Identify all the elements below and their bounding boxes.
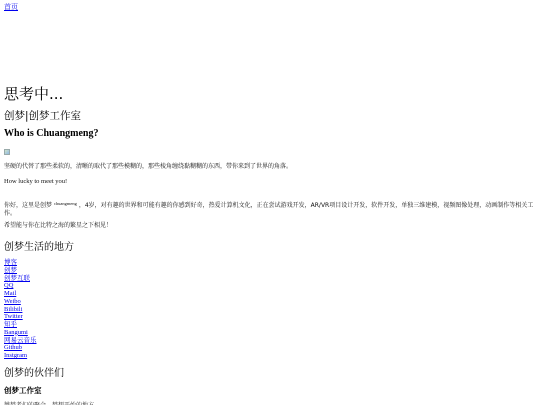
about-paragraph-1: 坚硬的代替了那些柔软的，清晰的取代了那些模糊的，那些棱角缠绕黏糊糊的东西，带你来… bbox=[4, 163, 534, 171]
link-twitter[interactable]: Twitter bbox=[4, 313, 23, 320]
intro-detail-text: ，4岁，对有趣的世界和可能有趣的你感到好奇，热爱计算机文化，正在尝试游戏开发，A… bbox=[4, 202, 533, 217]
link-qq[interactable]: QQ bbox=[4, 282, 13, 289]
link-bilibili[interactable]: Bilibili bbox=[4, 306, 22, 313]
life-links-list: 博客 创梦 创梦互联 QQ Mail Weibo Bilibili Twitte… bbox=[4, 259, 37, 360]
link-blog[interactable]: 博客 bbox=[4, 259, 17, 266]
link-netease-music[interactable]: 网易云音乐 bbox=[4, 337, 37, 344]
link-bangumi[interactable]: Bangumi bbox=[4, 329, 28, 336]
broken-image-icon bbox=[4, 149, 10, 155]
link-chuangmeng-connect[interactable]: 创梦互联 bbox=[4, 275, 30, 282]
home-link[interactable]: 首页 bbox=[4, 2, 18, 12]
about-paragraph-3: 你好，这里是创梦 chuangmeng ，4岁，对有趣的世界和可能有趣的你感到好… bbox=[4, 200, 534, 218]
partners-section-heading: 创梦的伙伴们 bbox=[4, 364, 64, 379]
loading-text: 思考中... bbox=[4, 83, 63, 104]
link-mail[interactable]: Mail bbox=[4, 290, 16, 297]
partner-description: 赞梦者们的聚会，梦想开始的地方 bbox=[4, 400, 94, 405]
name-superscript: chuangmeng bbox=[54, 201, 77, 206]
link-zhihu[interactable]: 知乎 bbox=[4, 321, 17, 328]
link-github[interactable]: Github bbox=[4, 344, 22, 351]
link-weibo[interactable]: Weibo bbox=[4, 298, 21, 305]
link-instagram[interactable]: Instgram bbox=[4, 352, 27, 359]
partner-name: 创梦工作室 bbox=[4, 385, 42, 396]
about-paragraph-4: 希望能与你在比特之海的繁星之下相见！ bbox=[4, 222, 534, 230]
about-heading: Who is Chuangmeng? bbox=[4, 128, 98, 139]
link-chuangmeng[interactable]: 创梦 bbox=[4, 267, 17, 274]
about-paragraph-2: How lucky to meet you! bbox=[4, 178, 534, 186]
life-section-heading: 创梦生活的地方 bbox=[4, 238, 74, 253]
site-title: 创梦|创梦工作室 bbox=[4, 108, 81, 123]
intro-text: 你好，这里是创梦 bbox=[4, 202, 54, 209]
